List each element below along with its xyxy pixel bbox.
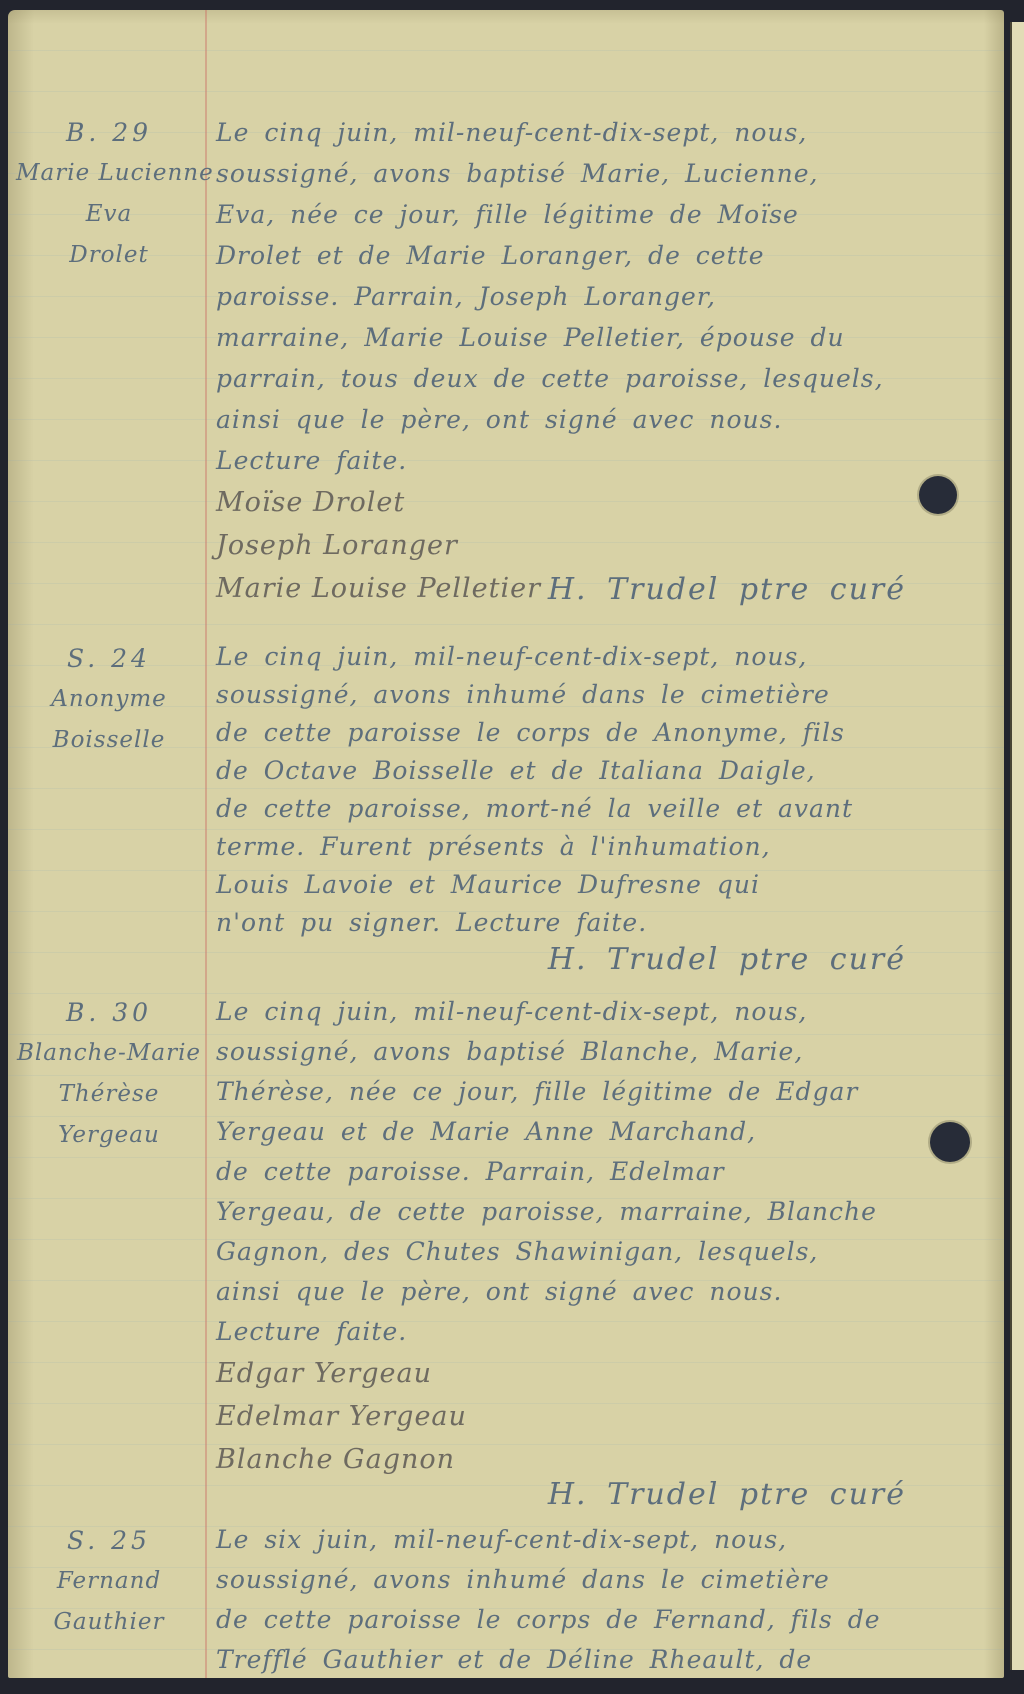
scan-background: { "page": { "description": "Parish regis… (0, 0, 1024, 1694)
entry-text-line: Trefflé Gauthier et de Déline Rheault, d… (216, 1640, 922, 1680)
entry-margin-label: Gauthier (16, 1602, 202, 1643)
officiant-signature: H. Trudel ptre curé (216, 938, 922, 982)
entry-text-line: marraine, Marie Louise Pelletier, épouse… (216, 317, 922, 358)
entry-text-line: Lecture faite. (216, 440, 922, 481)
entry-text-line: Le cinq juin, mil-neuf-cent-dix-sept, no… (216, 638, 922, 676)
punch-hole (919, 476, 957, 514)
signature-line: Edgar Yergeau (216, 1352, 922, 1395)
entry-margin-label: S. 25 (16, 1520, 202, 1561)
entry-text-line: Gagnon, des Chutes Shawinigan, lesquels, (216, 1232, 922, 1272)
entry-text-line: soussigné, avons inhumé dans le cimetièr… (216, 676, 922, 714)
entry-text-line: de cette paroisse. Parrain, Edelmar (216, 1152, 922, 1192)
entry-text-line: Yergeau et de Marie Anne Marchand, (216, 1112, 922, 1152)
entry-margin-column: B. 30Blanche-MarieThérèseYergeau (16, 992, 202, 1156)
signature-line: Moïse Drolet (216, 481, 922, 524)
entry-margin-column: B. 29Marie LucienneEvaDrolet (16, 112, 202, 276)
entry-margin-label: Marie Lucienne (16, 153, 202, 194)
entry-text-line: de cette paroisse le corps de Fernand, f… (216, 1600, 922, 1640)
entry-margin-column: S. 25FernandGauthier (16, 1520, 202, 1643)
entry-text-line: n'ont pu signer. Lecture faite. (216, 904, 922, 942)
entry-margin-label: B. 29 (16, 112, 202, 153)
entry-text-line: Louis Lavoie et Maurice Dufresne qui (216, 866, 922, 904)
entry-text-line: parrain, tous deux de cette paroisse, le… (216, 358, 922, 399)
entry-margin-label: Anonyme (16, 679, 202, 720)
entry-body-column: Le six juin, mil-neuf-cent-dix-sept, nou… (216, 1520, 922, 1680)
entry-body-column: Le cinq juin, mil-neuf-cent-dix-sept, no… (216, 638, 922, 982)
entry-margin-label: Blanche-Marie (16, 1033, 202, 1074)
punch-hole (930, 1122, 970, 1162)
signature-line: Edelmar Yergeau (216, 1395, 922, 1438)
entry-text-line: Le six juin, mil-neuf-cent-dix-sept, nou… (216, 1520, 922, 1560)
entry-margin-label: Boisselle (16, 720, 202, 761)
entry-text-line: soussigné, avons baptisé Blanche, Marie, (216, 1032, 922, 1072)
margin-rule-line (205, 10, 207, 1678)
entry-text-line: Yergeau, de cette paroisse, marraine, Bl… (216, 1192, 922, 1232)
entry-text-line: Le cinq juin, mil-neuf-cent-dix-sept, no… (216, 992, 922, 1032)
entry-text-line: ainsi que le père, ont signé avec nous. (216, 399, 922, 440)
entry-margin-label: S. 24 (16, 638, 202, 679)
entry-text-line: terme. Furent présents à l'inhumation, (216, 828, 922, 866)
register-page: B. 29Marie LucienneEvaDroletLe cinq juin… (8, 10, 1004, 1678)
entry-text-line: Eva, née ce jour, fille légitime de Moïs… (216, 194, 922, 235)
adjacent-page-edge (1010, 22, 1024, 1670)
entry-margin-label: Thérèse (16, 1074, 202, 1115)
entry-margin-label: Fernand (16, 1561, 202, 1602)
entry-text-line: Thérèse, née ce jour, fille légitime de … (216, 1072, 922, 1112)
entry-text-line: de Octave Boisselle et de Italiana Daigl… (216, 752, 922, 790)
entry-text-line: soussigné, avons inhumé dans le cimetièr… (216, 1560, 922, 1600)
entry-margin-label: Yergeau (16, 1115, 202, 1156)
entry-text-line: ainsi que le père, ont signé avec nous. (216, 1272, 922, 1312)
entry-body-column: Le cinq juin, mil-neuf-cent-dix-sept, no… (216, 992, 922, 1517)
entry-margin-label: Eva (16, 194, 202, 235)
entry-margin-label: Drolet (16, 235, 202, 276)
entry-text-line: Lecture faite. (216, 1312, 922, 1352)
entry-margin-label: B. 30 (16, 992, 202, 1033)
entry-body-column: Le cinq juin, mil-neuf-cent-dix-sept, no… (216, 112, 922, 612)
entry-margin-column: S. 24AnonymeBoisselle (16, 638, 202, 761)
entry-text-line: paroisse. Parrain, Joseph Loranger, (216, 276, 922, 317)
signature-line: Joseph Loranger (216, 524, 922, 567)
entry-text-line: soussigné, avons baptisé Marie, Lucienne… (216, 153, 922, 194)
entry-text-line: Le cinq juin, mil-neuf-cent-dix-sept, no… (216, 112, 922, 153)
entry-text-line: Drolet et de Marie Loranger, de cette (216, 235, 922, 276)
entry-text-line: de cette paroisse, mort-né la veille et … (216, 790, 922, 828)
entry-text-line: de cette paroisse le corps de Anonyme, f… (216, 714, 922, 752)
